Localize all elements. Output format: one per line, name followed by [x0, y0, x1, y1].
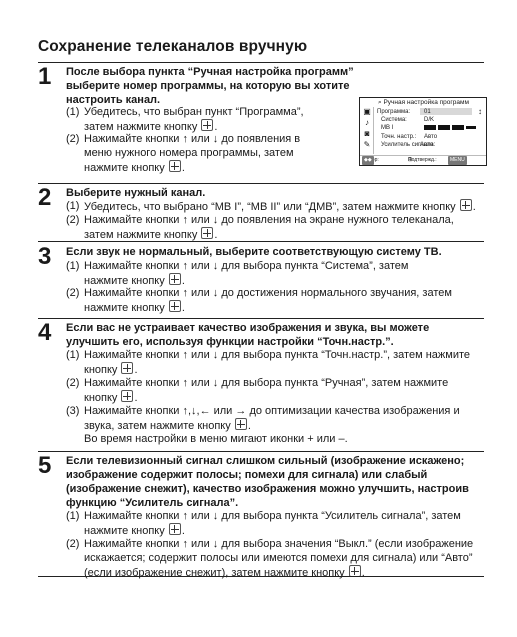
- substep-text: Нажимайте кнопки ↑ или ↓ для выбора пунк…: [84, 260, 408, 272]
- substep-text: Нажимайте кнопки ↑ или ↓ для выбора пунк…: [84, 377, 448, 389]
- substep-text: (если изображение снежит), затем нажмите…: [84, 567, 345, 579]
- page-title: Сохранение телеканалов вручную: [38, 38, 307, 56]
- setup-icon: ✎: [362, 141, 372, 149]
- divider: [38, 451, 484, 452]
- enter-button-icon: [201, 119, 213, 131]
- osd-label: Программа:: [377, 108, 410, 116]
- step-note: Во время настройки в меню мигают иконки …: [84, 432, 348, 446]
- substep-index: (1): [66, 509, 84, 523]
- step-heading: После выбора пункта “Ручная настройка пр…: [66, 65, 354, 107]
- enter-button-icon: [201, 227, 213, 239]
- enter-icon: ⊞: [408, 156, 412, 165]
- substep-text: Нажимайте кнопки ↑ или ↓ до появления в: [84, 133, 300, 145]
- substep-index: (1): [66, 199, 84, 213]
- substep-text: Нажимайте кнопки ↑ или ↓ для выбора пунк…: [84, 510, 461, 522]
- enter-button-icon: [121, 362, 133, 374]
- step-number: 4: [38, 321, 51, 345]
- substep-text: затем нажмите кнопку: [84, 229, 197, 241]
- osd-value: 01: [424, 108, 431, 116]
- substep: (2)Нажимайте кнопки ↑ или ↓ до появления…: [66, 213, 486, 227]
- divider: [38, 241, 484, 242]
- osd-value: D/K: [424, 116, 434, 124]
- select-keys-icon: ◆◆: [362, 156, 374, 165]
- substep-text: кнопку: [84, 392, 117, 404]
- substep-text: нажмите кнопку: [84, 162, 165, 174]
- step-number: 1: [38, 65, 51, 89]
- substep-text: нажмите кнопку: [84, 302, 165, 314]
- divider: [38, 183, 484, 184]
- step-heading: Если звук не нормальный, выберите соотве…: [66, 245, 442, 259]
- enter-button-icon: [235, 418, 247, 430]
- substep-index: (1): [66, 105, 84, 119]
- substep-index: (1): [66, 259, 84, 273]
- substep: (1)Нажимайте кнопки ↑ или ↓ для выбора п…: [66, 509, 486, 523]
- substep-text: кнопку: [84, 364, 117, 376]
- substep-text: Нажимайте кнопки ↑ или ↓ до появления на…: [84, 214, 454, 226]
- divider: [38, 318, 484, 319]
- enter-button-icon: [121, 390, 133, 402]
- substep-text: Нажимайте кнопки ↑,↓,← или → до оптимиза…: [84, 405, 460, 417]
- step-number: 2: [38, 186, 51, 210]
- osd-title: ⌕ Ручная настройка программ: [378, 99, 469, 107]
- enter-button-icon: [460, 199, 472, 211]
- substep-text: меню нужного номера программы, затем: [84, 147, 294, 159]
- osd-value: Авто: [424, 133, 437, 141]
- osd-value: Авто: [420, 141, 433, 149]
- substep-index: (1): [66, 348, 84, 362]
- osd-icon-column: ▣ ♪ ◙ ✎: [361, 107, 374, 154]
- channel-icon: ◙: [362, 130, 372, 138]
- substep-index: (3): [66, 404, 84, 418]
- substep-index: (2): [66, 286, 84, 300]
- substep: (3)Нажимайте кнопки ↑,↓,← или → до оптим…: [66, 404, 486, 418]
- enter-button-icon: [169, 523, 181, 535]
- substep: (1)Нажимайте кнопки ↑ или ↓ для выбора п…: [66, 348, 486, 362]
- osd-footer: Выбор:◆◆ Подтвержд.:⊞ Оконч.:MENU: [360, 155, 486, 165]
- substep-index: (2): [66, 132, 84, 146]
- enter-button-icon: [169, 160, 181, 172]
- enter-button-icon: [169, 273, 181, 285]
- antenna-icon: ⌕: [378, 99, 382, 106]
- signal-bar: [466, 126, 476, 129]
- substep-index: (2): [66, 376, 84, 390]
- menu-key-icon: MENU: [448, 156, 467, 165]
- substep-text: Нажимайте кнопки ↑ или ↓ до достижения н…: [84, 287, 452, 299]
- signal-bar: [424, 125, 436, 130]
- osd-manual-tuning-screen: ⌕ Ручная настройка программ ▣ ♪ ◙ ✎ ↕ Пр…: [359, 97, 487, 166]
- updown-icon: ↕: [478, 107, 482, 116]
- step-heading: Если телевизионный сигнал слишком сильны…: [66, 454, 469, 510]
- step-heading: Выберите нужный канал.: [66, 186, 205, 200]
- substep-text: Нажимайте кнопки ↑ или ↓ для выбора пунк…: [84, 349, 470, 361]
- substep: (1)Нажимайте кнопки ↑ или ↓ для выбора п…: [66, 259, 486, 273]
- substep: (2)Нажимайте кнопки ↑ или ↓ для выбора з…: [66, 537, 486, 551]
- substep-text: искажается; содержит полосы или имеются …: [84, 552, 473, 564]
- signal-bar: [452, 125, 464, 130]
- step-number: 3: [38, 245, 51, 269]
- substep-index: (2): [66, 537, 84, 551]
- enter-button-icon: [169, 300, 181, 312]
- step-number: 5: [38, 454, 51, 478]
- osd-label: Система:: [381, 116, 407, 124]
- picture-icon: ▣: [362, 108, 372, 116]
- substep: (2)Нажимайте кнопки ↑ или ↓ для выбора п…: [66, 376, 486, 390]
- osd-label: Точн. настр.:: [381, 133, 416, 141]
- step-heading: Если вас не устраивает качество изображе…: [66, 321, 429, 349]
- sound-icon: ♪: [362, 119, 372, 127]
- divider: [38, 576, 484, 577]
- substep-text: звука, затем нажмите кнопку: [84, 420, 231, 432]
- substep-text: нажмите кнопку: [84, 525, 165, 537]
- substep: (2)Нажимайте кнопки ↑ или ↓ до достижени…: [66, 286, 486, 300]
- substep-index: (2): [66, 213, 84, 227]
- divider: [38, 62, 484, 63]
- substep: (1)Убедитесь, что выбрано “МВ I”, “МВ II…: [66, 199, 486, 213]
- substep-text: Нажимайте кнопки ↑ или ↓ для выбора знач…: [84, 538, 473, 550]
- osd-label: МВ I: [381, 124, 393, 132]
- substep-text: Убедитесь, что выбрано “МВ I”, “МВ II” и…: [84, 201, 456, 213]
- substep-text: Убедитесь, что выбран пункт “Программа”,: [84, 106, 304, 118]
- signal-bar: [438, 125, 450, 130]
